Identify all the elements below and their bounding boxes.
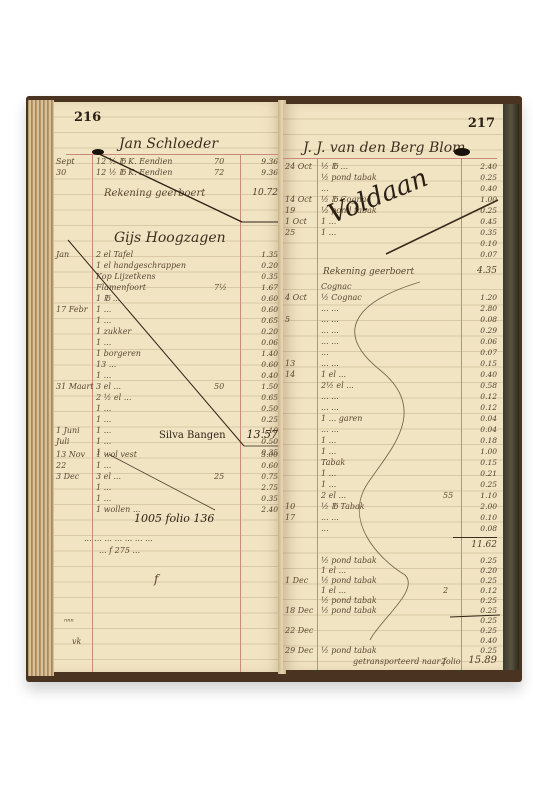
- cancellation-line-left-top: [92, 149, 278, 222]
- cancellation-line-right: [386, 148, 498, 254]
- final-total-stroke: [450, 615, 500, 617]
- ink-strokes: [0, 0, 533, 800]
- cancellation-line-left-diagonal: [68, 240, 278, 510]
- wavy-cancellation-stroke: [355, 282, 420, 640]
